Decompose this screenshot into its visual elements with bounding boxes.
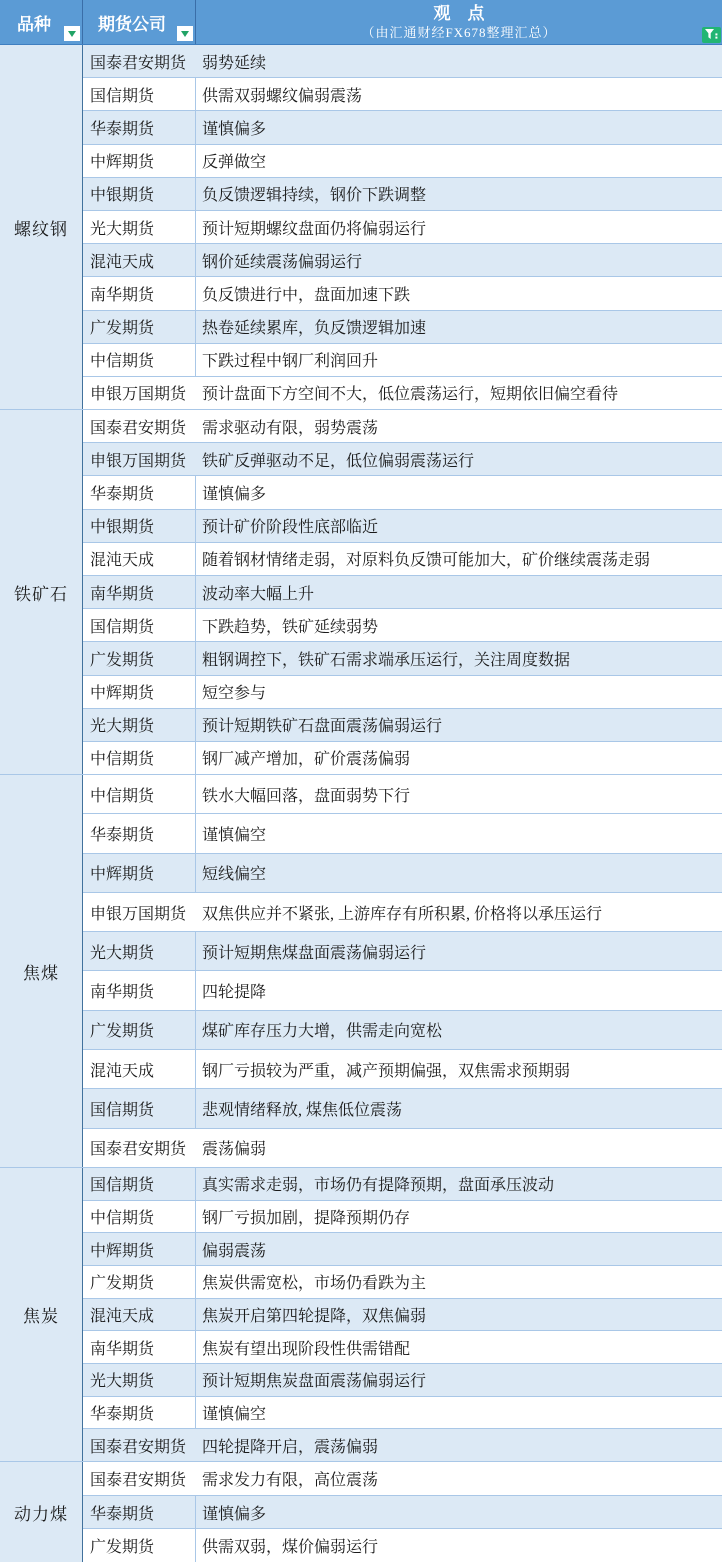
opinion-cell: 热卷延续累库，负反馈逻辑加速 xyxy=(196,311,722,343)
opinion-cell: 震荡偏弱 xyxy=(196,1129,722,1167)
table-row: 广发期货 煤矿库存压力大增，供需走向宽松 xyxy=(83,1011,722,1050)
company-cell: 华泰期货 xyxy=(83,1397,196,1429)
opinion-cell: 谨慎偏多 xyxy=(196,476,722,508)
opinion-cell: 预计短期焦炭盘面震荡偏弱运行 xyxy=(196,1364,722,1396)
opinion-cell: 供需双弱，煤价偏弱运行 xyxy=(196,1529,722,1562)
variety-cell: 焦炭 xyxy=(0,1168,83,1461)
company-cell: 中辉期货 xyxy=(83,854,196,892)
table-row: 混沌天成 焦炭开启第四轮提降，双焦偏弱 xyxy=(83,1299,722,1332)
table-row: 混沌天成 随着钢材情绪走弱，对原料负反馈可能加大，矿价继续震荡走弱 xyxy=(83,543,722,576)
table-row: 中信期货 铁水大幅回落，盘面弱势下行 xyxy=(83,775,722,814)
opinion-cell: 焦炭有望出现阶段性供需错配 xyxy=(196,1331,722,1363)
opinion-cell: 波动率大幅上升 xyxy=(196,576,722,608)
table-row: 南华期货 波动率大幅上升 xyxy=(83,576,722,609)
table-row: 混沌天成 钢厂亏损较为严重，减产预期偏强，双焦需求预期弱 xyxy=(83,1050,722,1089)
table-row: 国信期货 悲观情绪释放, 煤焦低位震荡 xyxy=(83,1089,722,1128)
company-cell: 广发期货 xyxy=(83,1529,196,1562)
company-cell: 国信期货 xyxy=(83,78,196,110)
variety-label: 螺纹钢 xyxy=(14,215,68,240)
table-row: 光大期货 预计短期焦炭盘面震荡偏弱运行 xyxy=(83,1364,722,1397)
table-row: 华泰期货 谨慎偏多 xyxy=(83,476,722,509)
company-cell: 混沌天成 xyxy=(83,543,196,575)
table-row: 广发期货 供需双弱，煤价偏弱运行 xyxy=(83,1529,722,1562)
opinion-cell: 钢厂减产增加，矿价震荡偏弱 xyxy=(196,742,722,774)
company-cell: 申银万国期货 xyxy=(83,377,196,409)
opinion-cell: 真实需求走弱，市场仍有提降预期，盘面承压波动 xyxy=(196,1168,722,1200)
opinion-cell: 钢价延续震荡偏弱运行 xyxy=(196,244,722,276)
company-cell: 国泰君安期货 xyxy=(83,1462,196,1495)
variety-cell: 动力煤 xyxy=(0,1462,83,1562)
table-row: 华泰期货 谨慎偏空 xyxy=(83,814,722,853)
table-header: 品种 期货公司 观 点 （由汇通财经FX678整理汇总） xyxy=(0,0,722,45)
table-row: 中信期货 钢厂亏损加剧，提降预期仍存 xyxy=(83,1201,722,1234)
company-cell: 光大期货 xyxy=(83,1364,196,1396)
funnel-icon xyxy=(705,29,718,41)
company-cell: 申银万国期货 xyxy=(83,443,196,475)
opinion-cell: 下跌趋势，铁矿延续弱势 xyxy=(196,609,722,641)
company-cell: 混沌天成 xyxy=(83,1050,196,1088)
opinion-cell: 预计短期焦煤盘面震荡偏弱运行 xyxy=(196,932,722,970)
opinion-cell: 负反馈进行中，盘面加速下跌 xyxy=(196,277,722,309)
variety-cell: 铁矿石 xyxy=(0,410,83,774)
variety-label: 铁矿石 xyxy=(14,580,68,605)
company-cell: 中信期货 xyxy=(83,775,196,813)
opinion-cell: 弱势延续 xyxy=(196,45,722,77)
variety-label: 动力煤 xyxy=(14,1500,68,1525)
filter-funnel-button[interactable] xyxy=(702,27,721,43)
table-row: 申银万国期货 铁矿反弹驱动不足，低位偏弱震荡运行 xyxy=(83,443,722,476)
opinion-cell: 双焦供应并不紧张, 上游库存有所积累, 价格将以承压运行 xyxy=(196,893,722,931)
table-row: 申银万国期货 双焦供应并不紧张, 上游库存有所积累, 价格将以承压运行 xyxy=(83,893,722,932)
company-cell: 华泰期货 xyxy=(83,111,196,143)
commodity-section: 动力煤 国泰君安期货 需求发力有限，高位震荡 华泰期货 谨慎偏多 广发期货 供需… xyxy=(0,1462,722,1562)
chevron-down-icon xyxy=(68,31,76,37)
company-cell: 中辉期货 xyxy=(83,676,196,708)
company-filter-dropdown-button[interactable] xyxy=(177,26,193,41)
company-cell: 国泰君安期货 xyxy=(83,45,196,77)
opinion-cell: 偏弱震荡 xyxy=(196,1233,722,1265)
company-cell: 南华期货 xyxy=(83,277,196,309)
company-cell: 国信期货 xyxy=(83,1089,196,1127)
table-row: 光大期货 预计短期铁矿石盘面震荡偏弱运行 xyxy=(83,709,722,742)
table-row: 南华期货 焦炭有望出现阶段性供需错配 xyxy=(83,1331,722,1364)
opinion-cell: 铁矿反弹驱动不足，低位偏弱震荡运行 xyxy=(196,443,722,475)
section-rows: 国信期货 真实需求走弱，市场仍有提降预期，盘面承压波动 中信期货 钢厂亏损加剧，… xyxy=(83,1168,722,1461)
table-row: 光大期货 预计短期焦煤盘面震荡偏弱运行 xyxy=(83,932,722,971)
company-cell: 华泰期货 xyxy=(83,814,196,852)
opinion-cell: 反弹做空 xyxy=(196,145,722,177)
header-cell-company: 期货公司 xyxy=(83,0,196,44)
opinion-cell: 铁水大幅回落，盘面弱势下行 xyxy=(196,775,722,813)
table-row: 中银期货 负反馈逻辑持续，钢价下跌调整 xyxy=(83,178,722,211)
company-cell: 中信期货 xyxy=(83,1201,196,1233)
table-row: 广发期货 焦炭供需宽松，市场仍看跌为主 xyxy=(83,1266,722,1299)
company-cell: 国泰君安期货 xyxy=(83,410,196,442)
table-row: 国信期货 下跌趋势，铁矿延续弱势 xyxy=(83,609,722,642)
opinion-cell: 四轮提降开启，震荡偏弱 xyxy=(196,1429,722,1461)
opinion-table: 品种 期货公司 观 点 （由汇通财经FX678整理汇总） xyxy=(0,0,722,1562)
company-cell: 南华期货 xyxy=(83,971,196,1009)
variety-cell: 螺纹钢 xyxy=(0,45,83,409)
company-cell: 混沌天成 xyxy=(83,244,196,276)
table-row: 中辉期货 短空参与 xyxy=(83,676,722,709)
section-rows: 国泰君安期货 弱势延续 国信期货 供需双弱螺纹偏弱震荡 华泰期货 谨慎偏多 中辉… xyxy=(83,45,722,409)
table-row: 光大期货 预计短期螺纹盘面仍将偏弱运行 xyxy=(83,211,722,244)
opinion-cell: 焦炭供需宽松，市场仍看跌为主 xyxy=(196,1266,722,1298)
company-cell: 中信期货 xyxy=(83,742,196,774)
chevron-down-icon xyxy=(181,31,189,37)
header-opinion-title: 观 点 xyxy=(434,3,485,24)
company-cell: 中辉期货 xyxy=(83,1233,196,1265)
table-row: 国信期货 供需双弱螺纹偏弱震荡 xyxy=(83,78,722,111)
table-row: 中辉期货 反弹做空 xyxy=(83,145,722,178)
variety-label: 焦炭 xyxy=(23,1302,59,1327)
company-cell: 国信期货 xyxy=(83,609,196,641)
opinion-cell: 钢厂亏损加剧，提降预期仍存 xyxy=(196,1201,722,1233)
opinion-cell: 需求发力有限，高位震荡 xyxy=(196,1462,722,1495)
opinion-cell: 供需双弱螺纹偏弱震荡 xyxy=(196,78,722,110)
table-row: 华泰期货 谨慎偏多 xyxy=(83,111,722,144)
table-row: 中辉期货 短线偏空 xyxy=(83,854,722,893)
table-row: 混沌天成 钢价延续震荡偏弱运行 xyxy=(83,244,722,277)
table-row: 国泰君安期货 四轮提降开启，震荡偏弱 xyxy=(83,1429,722,1461)
company-cell: 混沌天成 xyxy=(83,1299,196,1331)
opinion-cell: 谨慎偏空 xyxy=(196,814,722,852)
company-cell: 光大期货 xyxy=(83,211,196,243)
opinion-cell: 悲观情绪释放, 煤焦低位震荡 xyxy=(196,1089,722,1127)
opinion-cell: 四轮提降 xyxy=(196,971,722,1009)
company-cell: 广发期货 xyxy=(83,642,196,674)
header-opinion-subtitle: （由汇通财经FX678整理汇总） xyxy=(361,25,556,41)
company-cell: 广发期货 xyxy=(83,311,196,343)
header-variety-label: 品种 xyxy=(17,10,51,35)
company-cell: 华泰期货 xyxy=(83,476,196,508)
opinion-cell: 谨慎偏空 xyxy=(196,1397,722,1429)
commodity-section: 螺纹钢 国泰君安期货 弱势延续 国信期货 供需双弱螺纹偏弱震荡 华泰期货 谨慎偏… xyxy=(0,45,722,410)
company-cell: 中银期货 xyxy=(83,510,196,542)
header-company-label: 期货公司 xyxy=(98,10,166,35)
table-row: 国信期货 真实需求走弱，市场仍有提降预期，盘面承压波动 xyxy=(83,1168,722,1201)
company-cell: 广发期货 xyxy=(83,1266,196,1298)
opinion-cell: 预计短期铁矿石盘面震荡偏弱运行 xyxy=(196,709,722,741)
opinion-cell: 粗钢调控下，铁矿石需求端承压运行，关注周度数据 xyxy=(196,642,722,674)
opinion-cell: 预计矿价阶段性底部临近 xyxy=(196,510,722,542)
table-row: 国泰君安期货 震荡偏弱 xyxy=(83,1129,722,1167)
opinion-cell: 谨慎偏多 xyxy=(196,1496,722,1529)
table-row: 中信期货 下跌过程中钢厂利润回升 xyxy=(83,344,722,377)
opinion-cell: 煤矿库存压力大增，供需走向宽松 xyxy=(196,1011,722,1049)
opinion-cell: 负反馈逻辑持续，钢价下跌调整 xyxy=(196,178,722,210)
company-cell: 华泰期货 xyxy=(83,1496,196,1529)
company-cell: 南华期货 xyxy=(83,1331,196,1363)
opinion-cell: 预计盘面下方空间不大，低位震荡运行，短期依旧偏空看待 xyxy=(196,377,722,409)
opinion-cell: 谨慎偏多 xyxy=(196,111,722,143)
company-cell: 国泰君安期货 xyxy=(83,1429,196,1461)
table-row: 中信期货 钢厂减产增加，矿价震荡偏弱 xyxy=(83,742,722,774)
table-row: 华泰期货 谨慎偏空 xyxy=(83,1397,722,1430)
table-row: 广发期货 热卷延续累库，负反馈逻辑加速 xyxy=(83,311,722,344)
section-rows: 国泰君安期货 需求驱动有限，弱势震荡 申银万国期货 铁矿反弹驱动不足，低位偏弱震… xyxy=(83,410,722,774)
variety-label: 焦煤 xyxy=(23,959,59,984)
section-rows: 中信期货 铁水大幅回落，盘面弱势下行 华泰期货 谨慎偏空 中辉期货 短线偏空 申… xyxy=(83,775,722,1167)
table-row: 国泰君安期货 需求驱动有限，弱势震荡 xyxy=(83,410,722,443)
company-cell: 光大期货 xyxy=(83,709,196,741)
header-cell-variety: 品种 xyxy=(0,0,83,44)
opinion-cell: 短线偏空 xyxy=(196,854,722,892)
company-cell: 国泰君安期货 xyxy=(83,1129,196,1167)
table-row: 申银万国期货 预计盘面下方空间不大，低位震荡运行，短期依旧偏空看待 xyxy=(83,377,722,409)
table-row: 南华期货 负反馈进行中，盘面加速下跌 xyxy=(83,277,722,310)
company-cell: 光大期货 xyxy=(83,932,196,970)
company-cell: 广发期货 xyxy=(83,1011,196,1049)
variety-filter-dropdown-button[interactable] xyxy=(64,26,80,41)
opinion-cell: 钢厂亏损较为严重，减产预期偏强，双焦需求预期弱 xyxy=(196,1050,722,1088)
commodity-section: 铁矿石 国泰君安期货 需求驱动有限，弱势震荡 申银万国期货 铁矿反弹驱动不足，低… xyxy=(0,410,722,775)
opinion-cell: 随着钢材情绪走弱，对原料负反馈可能加大，矿价继续震荡走弱 xyxy=(196,543,722,575)
table-row: 华泰期货 谨慎偏多 xyxy=(83,1496,722,1530)
opinion-cell: 下跌过程中钢厂利润回升 xyxy=(196,344,722,376)
variety-cell: 焦煤 xyxy=(0,775,83,1167)
table-row: 中辉期货 偏弱震荡 xyxy=(83,1233,722,1266)
company-cell: 中信期货 xyxy=(83,344,196,376)
opinion-cell: 短空参与 xyxy=(196,676,722,708)
company-cell: 南华期货 xyxy=(83,576,196,608)
section-rows: 国泰君安期货 需求发力有限，高位震荡 华泰期货 谨慎偏多 广发期货 供需双弱，煤… xyxy=(83,1462,722,1562)
table-row: 南华期货 四轮提降 xyxy=(83,971,722,1010)
commodity-section: 焦炭 国信期货 真实需求走弱，市场仍有提降预期，盘面承压波动 中信期货 钢厂亏损… xyxy=(0,1168,722,1462)
company-cell: 国信期货 xyxy=(83,1168,196,1200)
commodity-section: 焦煤 中信期货 铁水大幅回落，盘面弱势下行 华泰期货 谨慎偏空 中辉期货 短线偏… xyxy=(0,775,722,1168)
table-body: 螺纹钢 国泰君安期货 弱势延续 国信期货 供需双弱螺纹偏弱震荡 华泰期货 谨慎偏… xyxy=(0,45,722,1562)
table-row: 国泰君安期货 需求发力有限，高位震荡 xyxy=(83,1462,722,1496)
header-cell-opinion: 观 点 （由汇通财经FX678整理汇总） xyxy=(196,0,722,44)
table-row: 中银期货 预计矿价阶段性底部临近 xyxy=(83,510,722,543)
table-row: 广发期货 粗钢调控下，铁矿石需求端承压运行，关注周度数据 xyxy=(83,642,722,675)
company-cell: 申银万国期货 xyxy=(83,893,196,931)
opinion-cell: 需求驱动有限，弱势震荡 xyxy=(196,410,722,442)
opinion-cell: 预计短期螺纹盘面仍将偏弱运行 xyxy=(196,211,722,243)
company-cell: 中辉期货 xyxy=(83,145,196,177)
company-cell: 中银期货 xyxy=(83,178,196,210)
table-row: 国泰君安期货 弱势延续 xyxy=(83,45,722,78)
opinion-cell: 焦炭开启第四轮提降，双焦偏弱 xyxy=(196,1299,722,1331)
